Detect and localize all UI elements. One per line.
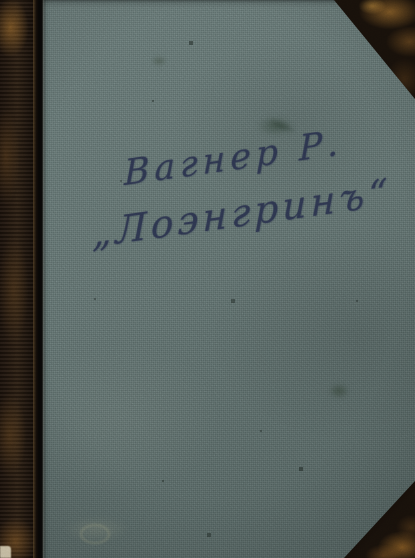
spine-hinge-groove	[33, 0, 46, 558]
cloth-board	[36, 0, 415, 558]
book-cover-photo: Вагнер Р. „Лоэнгринъ“	[0, 0, 415, 558]
